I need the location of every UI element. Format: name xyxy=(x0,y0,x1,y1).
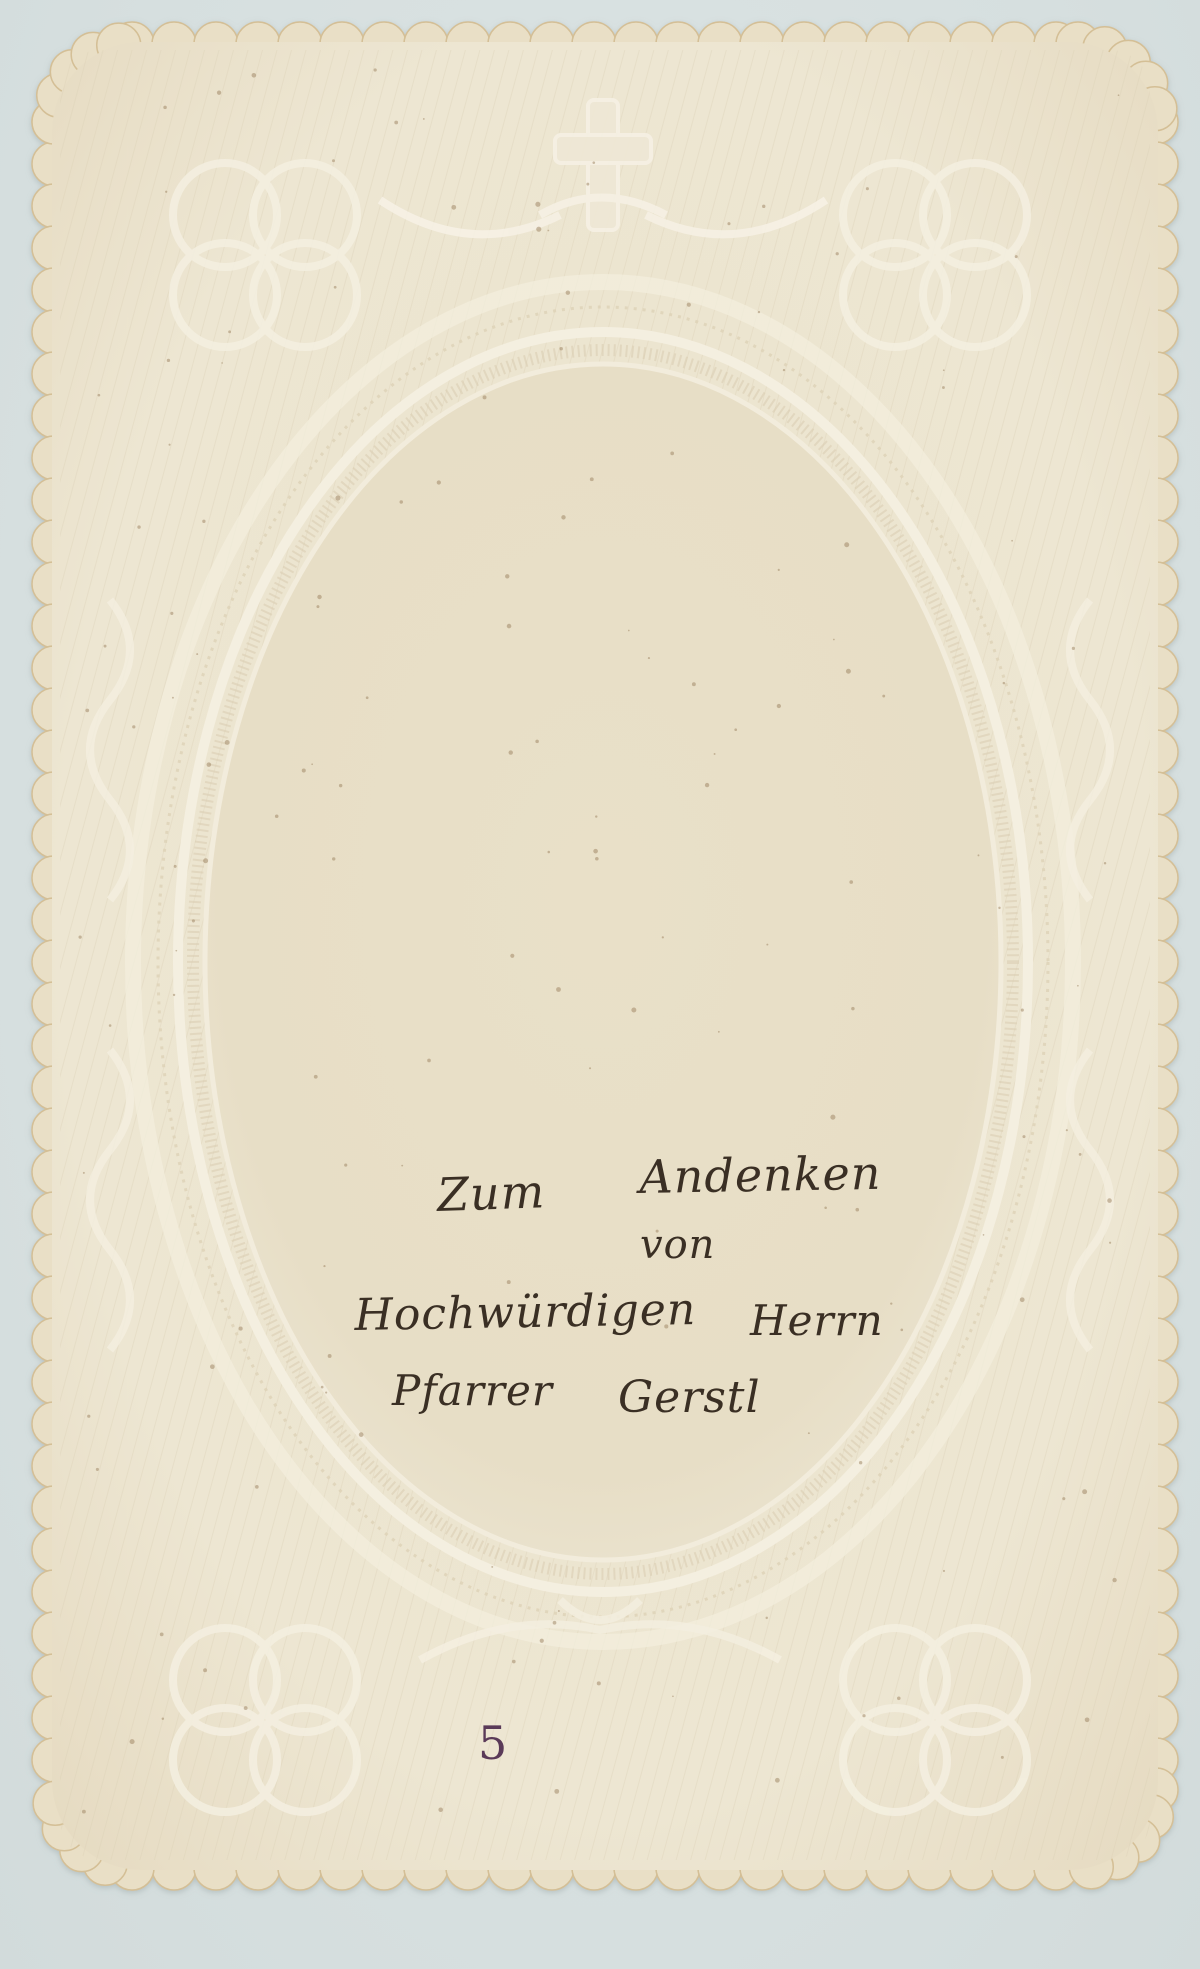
inscription-word: Gerstl xyxy=(618,1372,761,1423)
inscription-word: Herrn xyxy=(750,1296,884,1345)
inscription-word: Pfarrer xyxy=(392,1366,553,1415)
inscription-word: Hochwürdigen xyxy=(354,1284,696,1341)
inscription-word: Andenken xyxy=(639,1146,882,1204)
catalog-number: 5 xyxy=(478,1716,507,1770)
inscription-word: von xyxy=(640,1222,715,1268)
inscription-word: Zum xyxy=(436,1164,546,1222)
embossed-card xyxy=(0,0,1200,1969)
photo-stage: Zum Andenken von Hochwürdigen Herrn Pfar… xyxy=(0,0,1200,1969)
oval-panel xyxy=(205,364,1001,1560)
